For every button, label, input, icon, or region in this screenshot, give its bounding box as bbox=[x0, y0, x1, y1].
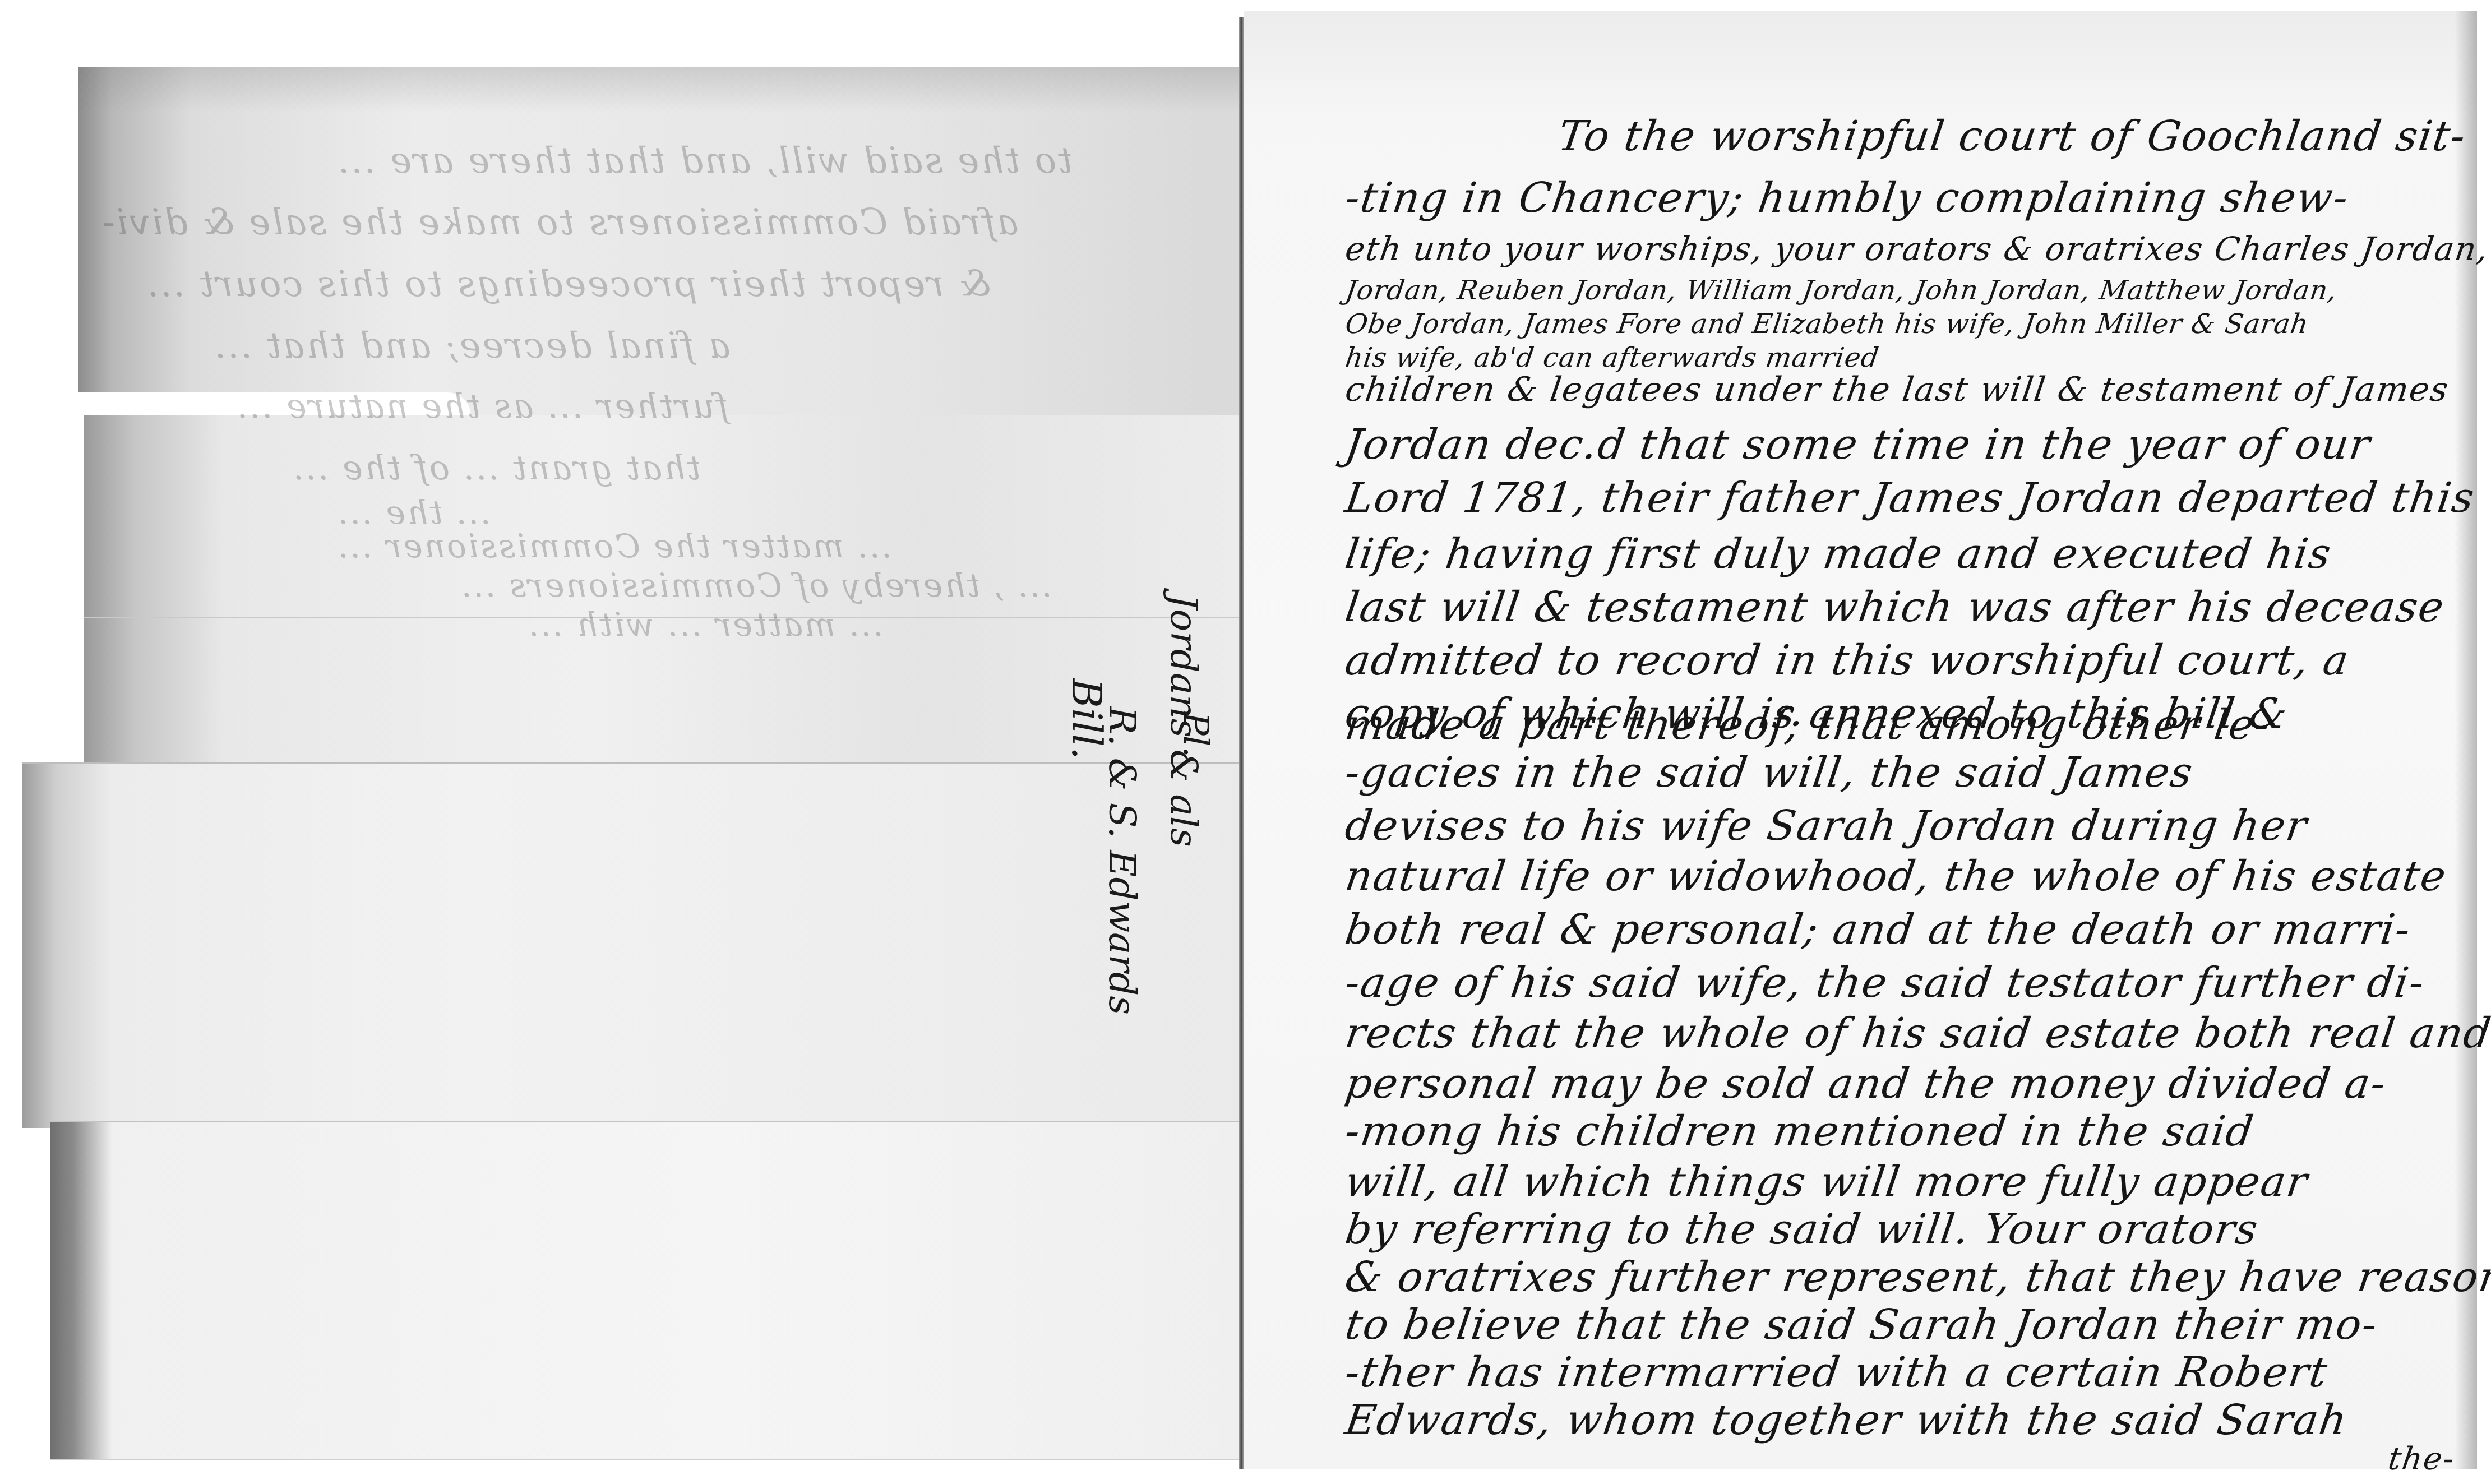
bleed-through-line: & report their proceedings to this court… bbox=[146, 263, 991, 305]
text-line: devises to his wife Sarah Jordan during … bbox=[1342, 802, 2311, 850]
bleed-through-line: afraid Commissioners to make the sale & … bbox=[101, 202, 1019, 243]
text-line: both real & personal; and at the death o… bbox=[1342, 905, 2414, 954]
text-line: & oratrixes further represent, that they… bbox=[1342, 1253, 2491, 1301]
text-line: natural life or widowhood, the whole of … bbox=[1342, 852, 2450, 900]
bleed-through-line: to the said will, and that there are ... bbox=[336, 140, 1073, 182]
bleed-through-line: that grant ... of the ... bbox=[292, 449, 701, 488]
text-line: last will & testament which was after hi… bbox=[1342, 583, 2448, 631]
text-line: -gacies in the said will, the said James bbox=[1342, 748, 2197, 797]
endorsement-bill-label: Bill. bbox=[1063, 678, 1110, 760]
text-line: -age of his said wife, the said testator… bbox=[1342, 959, 2428, 1007]
text-line: -mong his children mentioned in the said bbox=[1342, 1107, 2257, 1155]
text-line: to believe that the said Sarah Jordan th… bbox=[1342, 1301, 2381, 1349]
text-line: his wife, ab'd can afterwards married bbox=[1343, 342, 1881, 373]
endorsement-pl: Pl. bbox=[1176, 712, 1217, 757]
text-line: admitted to record in this worshipful co… bbox=[1342, 636, 2353, 685]
text-line: Obe Jordan, James Fore and Elizabeth his… bbox=[1343, 308, 2310, 340]
text-line: rects that the whole of his said estate … bbox=[1342, 1009, 2491, 1057]
bleed-through-line: ... , thereby of Commissioners ... bbox=[460, 566, 1052, 604]
text-line: Jordan, Reuben Jordan, William Jordan, J… bbox=[1343, 275, 2339, 306]
bleed-through-line: ... matter ... with ... bbox=[527, 605, 884, 644]
text-line: life; having first duly made and execute… bbox=[1342, 530, 2335, 578]
catchword: the- bbox=[2386, 1441, 2457, 1477]
text-line: Lord 1781, their father James Jordan dep… bbox=[1342, 474, 2478, 522]
text-line: children & legatees under the last will … bbox=[1343, 370, 2452, 409]
text-line: personal may be sold and the money divid… bbox=[1342, 1060, 2390, 1108]
left-page-upper-panel bbox=[78, 67, 1239, 426]
bleed-through-line: further ... as the nature ... bbox=[235, 387, 728, 426]
bleed-through-line: ... matter the Commissioner ... bbox=[336, 527, 892, 565]
bleed-through-line: a final decree; and that ... bbox=[213, 325, 731, 367]
left-page-bottom-panel bbox=[50, 1121, 1239, 1460]
text-line: Jordan dec.d that some time in the year … bbox=[1342, 420, 2374, 469]
text-line: -ting in Chancery; humbly complaining sh… bbox=[1342, 174, 2352, 222]
text-line: will, all which things will more fully a… bbox=[1342, 1158, 2311, 1206]
paper-shadow bbox=[78, 67, 1239, 426]
text-line: by referring to the said will. Your orat… bbox=[1342, 1205, 2262, 1254]
text-line: eth unto your worships, your orators & o… bbox=[1343, 230, 2491, 268]
text-line: made a part thereof; that among other le… bbox=[1342, 701, 2273, 749]
text-line: Edwards, whom together with the said Sar… bbox=[1342, 1396, 2351, 1444]
center-fold bbox=[1239, 17, 1244, 1469]
text-line: To the worshipful court of Goochland sit… bbox=[1555, 112, 2469, 160]
left-page-lower-panel bbox=[22, 762, 1239, 1128]
bleed-through-line: ... the ... bbox=[336, 493, 491, 531]
text-line: -ther has intermarried with a certain Ro… bbox=[1342, 1348, 2331, 1397]
